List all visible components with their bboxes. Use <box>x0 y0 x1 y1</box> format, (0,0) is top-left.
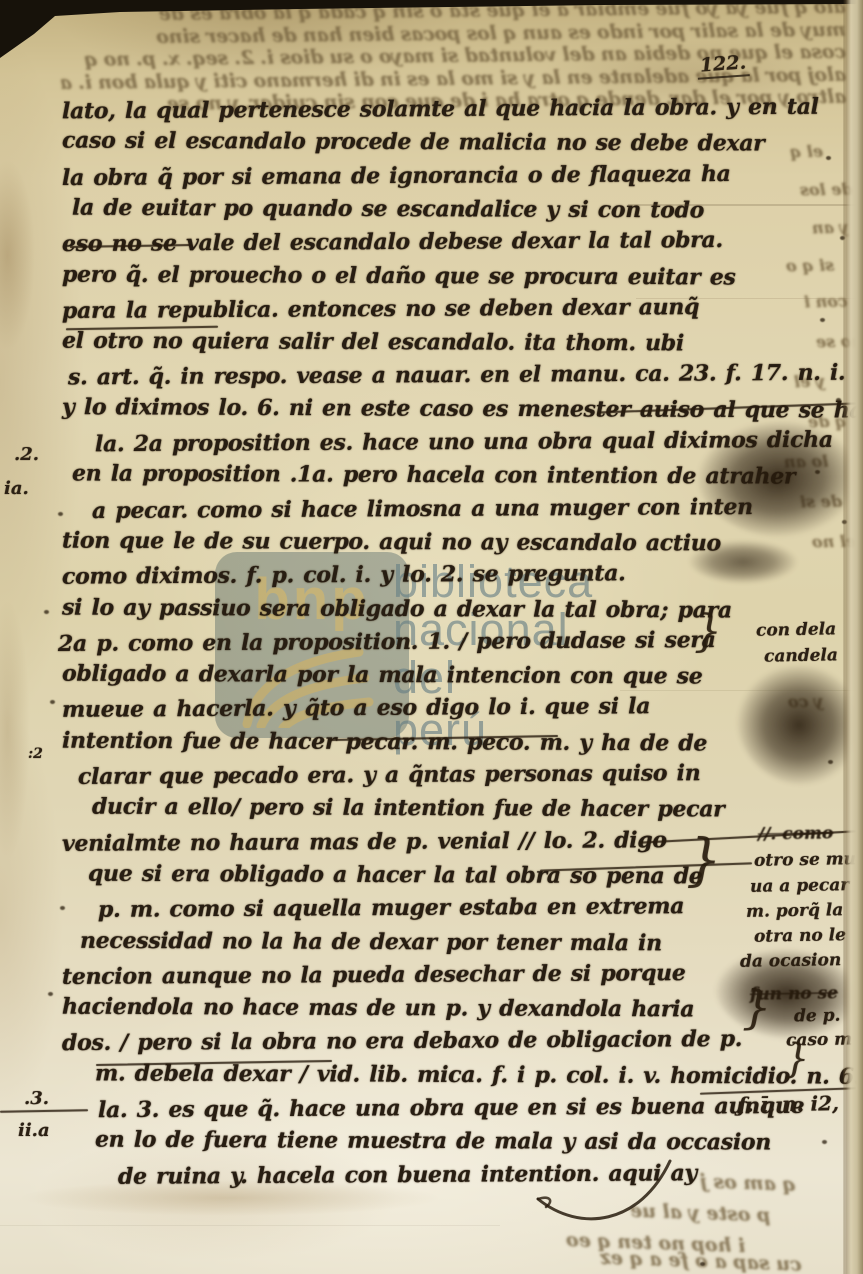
text-line: para la republica. entonces no se deben … <box>62 294 699 324</box>
ink-speck <box>828 760 833 764</box>
verso-text-fragment: si q o <box>786 256 834 276</box>
pen-flourish-icon <box>520 1155 690 1235</box>
ink-speck <box>815 470 820 474</box>
verso-text-fragment: con i <box>804 292 848 312</box>
ink-speck <box>44 610 49 614</box>
left-margin-mark: .3. <box>24 1088 49 1109</box>
text-line: en la proposition .1a. pero hacela con i… <box>72 461 795 490</box>
text-line: tion que le de su cuerpo. aqui no ay esc… <box>62 527 721 556</box>
text-line: necessidad no la ha de dexar por tener m… <box>80 927 662 956</box>
left-margin-mark: .2. <box>14 444 39 465</box>
text-line: caso si el escandalo procede de malicia … <box>62 128 765 157</box>
text-line: y lo diximos lo. 6. ni en este caso es m… <box>62 394 863 424</box>
page-right-edge <box>843 0 863 1274</box>
text-line: intention fue de hacer pecar. m. peco. m… <box>62 727 707 756</box>
text-line: como diximos. f. p. col. i. y lo. 2. se … <box>62 560 626 589</box>
text-line: mueue a hacerla. y q̃to a eso digo lo i.… <box>62 694 650 724</box>
verso-text-fragment: el q <box>790 142 823 162</box>
right-margin-note: otra no le <box>754 925 846 947</box>
ink-speck <box>820 318 825 322</box>
ink-speck <box>836 398 841 402</box>
text-line: en lo de fuera tiene muestra de mala y a… <box>95 1127 771 1156</box>
left-margin-mark: ia. <box>4 478 29 499</box>
text-line: la obra q̃ por si emana de ignorancia o … <box>62 161 731 191</box>
text-line: la de euitar po quando se escandalice y … <box>72 195 704 224</box>
text-line: eso no se vale del escandalo debese dexa… <box>62 227 723 257</box>
text-line: tencion aunque no la pueda desechar de s… <box>62 960 686 990</box>
text-line: venialmte no haura mas de p. venial // l… <box>62 827 667 857</box>
ink-speck <box>826 156 831 160</box>
manuscript-scan: alo q fue ya yo fue embiar a el que sta … <box>0 0 863 1274</box>
folio-number: 122. <box>696 51 750 80</box>
text-line: lato, la qual pertenesce solamte al que … <box>62 94 819 125</box>
verso-text-line: q am os j <box>700 1170 797 1195</box>
text-line: s. art. q̃. in respo. vease a nauar. en … <box>68 360 846 391</box>
text-line: si lo ay passiuo sera obligado a dexar l… <box>62 594 732 623</box>
text-line: 2a p. como en la proposition. 1. / pero … <box>58 627 716 657</box>
text-line: ducir a ello/ pero si la intention fue d… <box>92 794 725 823</box>
brace-mark: } <box>694 606 722 657</box>
ink-speck <box>48 992 53 996</box>
right-margin-note: con dela <box>756 619 836 640</box>
text-line: a pecar. como si hace limosna a una muge… <box>92 494 753 524</box>
text-line: clarar que pecado era. y a q̃ntas person… <box>78 760 701 790</box>
right-margin-note: ƒ. ī. n. i2, <box>738 1091 839 1117</box>
text-line: m. debela dexar / vid. lib. mica. f. i p… <box>95 1060 861 1089</box>
ink-speck <box>700 1262 705 1266</box>
ink-speck <box>58 512 63 516</box>
brace-mark: } <box>686 828 722 893</box>
right-margin-note: m. porq̃ la <box>746 900 844 922</box>
brace-mark: } <box>742 980 771 1034</box>
left-margin-mark: :2 <box>28 746 43 762</box>
ink-speck <box>822 1140 827 1144</box>
right-margin-note: otro se mu <box>754 849 856 871</box>
text-line: la. 3. es que q̃. hace una obra que en s… <box>98 1093 804 1123</box>
left-margin-mark: ii.a <box>18 1120 50 1141</box>
text-line: p. m. como si aquella muger estaba en ex… <box>98 893 684 923</box>
text-line: el otro no quiera salir del escandalo. i… <box>62 328 684 357</box>
text-line: pero q̃. el prouecho o el daño que se pr… <box>62 261 736 290</box>
text-line: obligado a dexarla por la mala intencion… <box>62 661 703 690</box>
text-line: haciendola no hace mas de un p. y dexand… <box>62 994 694 1023</box>
right-margin-note: ua a pecar <box>750 875 850 897</box>
text-line: que si era obligado a hacer la tal obra … <box>88 861 703 890</box>
text-line: dos. / pero si la obra no era debaxo de … <box>62 1026 742 1056</box>
ink-speck <box>60 906 65 910</box>
brace-mark: } <box>784 1036 809 1082</box>
ink-speck <box>50 700 55 704</box>
